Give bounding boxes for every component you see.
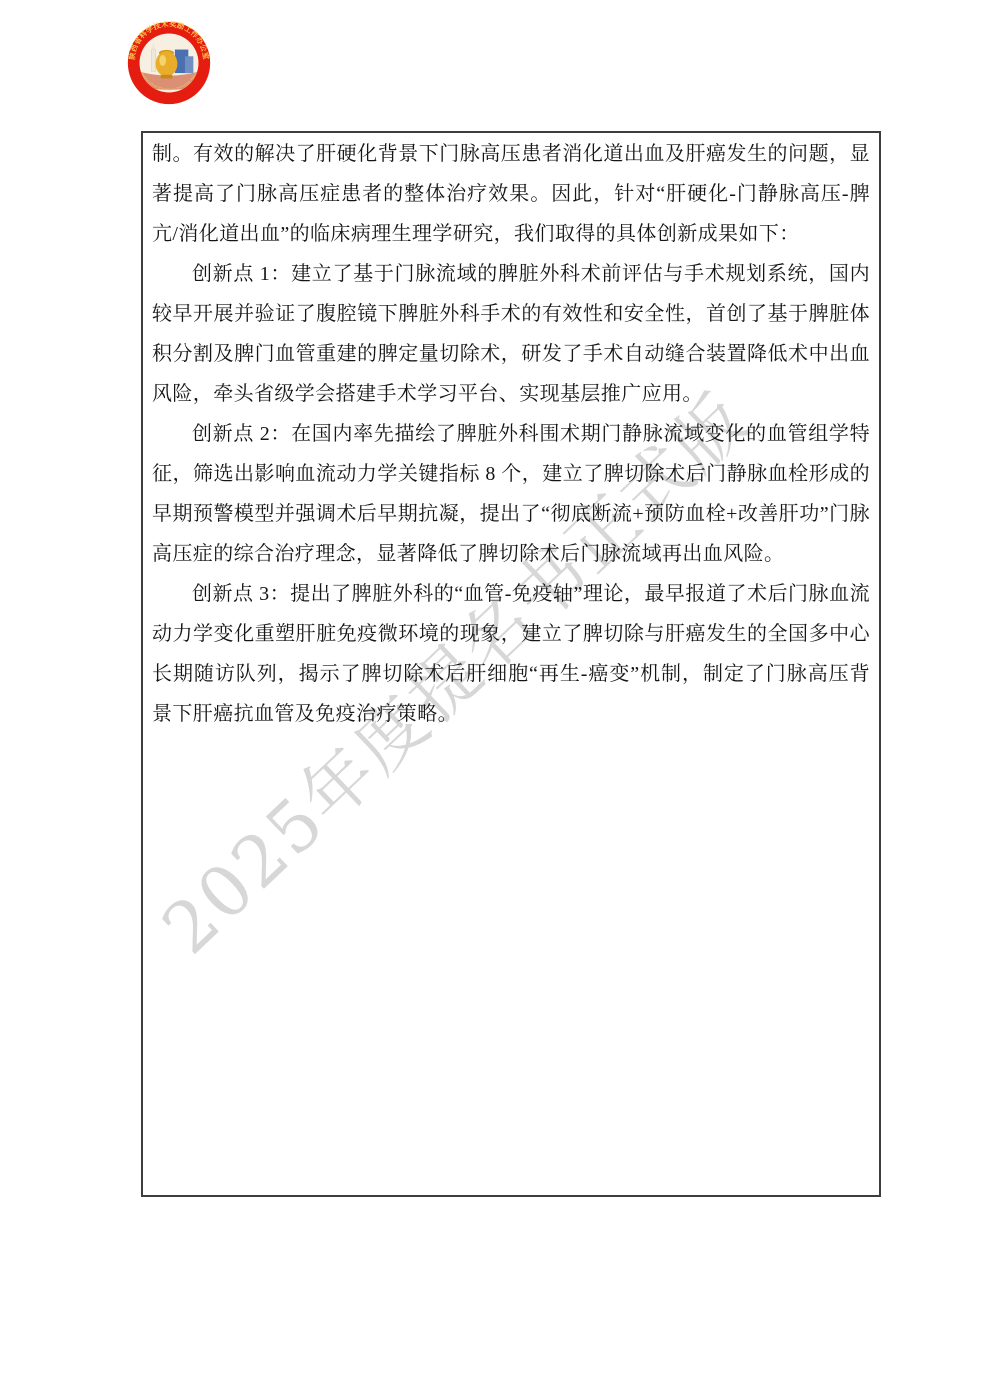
paragraph-innovation-2: 创新点 2：在国内率先描绘了脾脏外科围术期门静脉流域变化的血管组学特征，筛选出影… bbox=[152, 414, 870, 574]
paragraph-continuation: 制。有效的解决了肝硬化背景下门脉高压患者消化道出血及肝癌发生的问题，显著提高了门… bbox=[152, 134, 870, 254]
seal-graphic: 陕西省科学技术奖励工作办公室 Shaanxi Office Of Science… bbox=[127, 21, 211, 105]
award-office-seal-icon: 陕西省科学技术奖励工作办公室 Shaanxi Office Of Science… bbox=[127, 21, 211, 105]
form-text-cell: 制。有效的解决了肝硬化背景下门脉高压患者消化道出血及肝癌发生的问题，显著提高了门… bbox=[141, 131, 881, 1197]
paragraph-innovation-1: 创新点 1：建立了基于门脉流域的脾脏外科术前评估与手术规划系统，国内较早开展并验… bbox=[152, 254, 870, 414]
document-page: 陕西省科学技术奖励工作办公室 Shaanxi Office Of Science… bbox=[0, 0, 990, 1399]
paragraph-innovation-3: 创新点 3：提出了脾脏外科的“血管-免疫轴”理论，最早报道了术后门脉血流动力学变… bbox=[152, 574, 870, 734]
